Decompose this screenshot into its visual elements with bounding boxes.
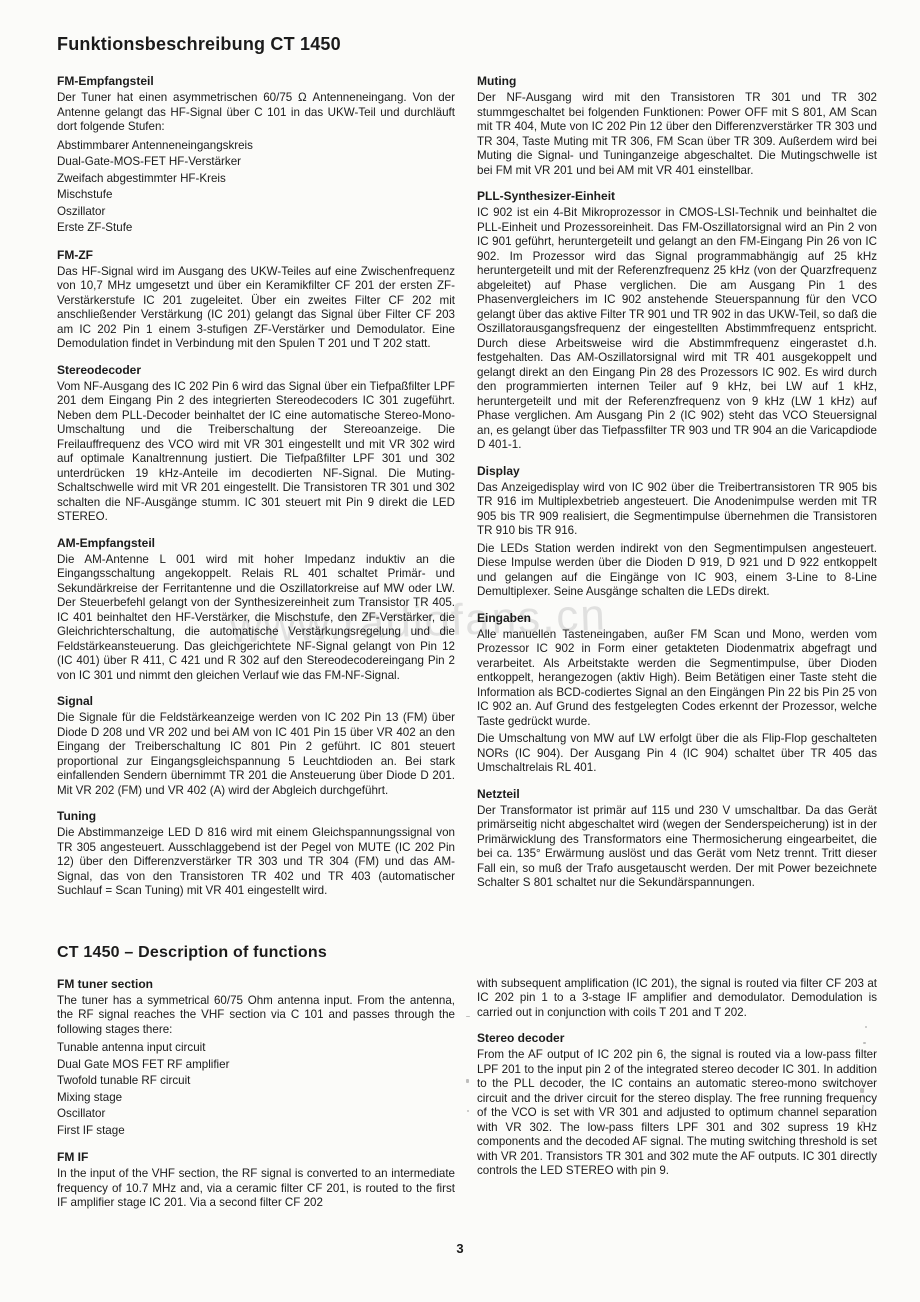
list-item: Oscillator xyxy=(57,1106,455,1123)
section-stereo-decoder: Stereo decoder From the AF output of IC … xyxy=(477,1031,877,1179)
section-heading: Signal xyxy=(57,694,455,708)
section-heading: Stereodecoder xyxy=(57,363,455,377)
document-page: Funktionsbeschreibung CT 1450 FM-Empfang… xyxy=(0,0,920,1214)
section-fm-empfangsteil: FM-Empfangsteil Der Tuner hat einen asym… xyxy=(57,74,455,237)
german-left-column: FM-Empfangsteil Der Tuner hat einen asym… xyxy=(57,74,455,902)
paragraph: Die LEDs Station werden indirekt von den… xyxy=(477,542,877,600)
section-signal: Signal Die Signale für die Feldstärkeanz… xyxy=(57,694,455,798)
paragraph: Die Abstimmanzeige LED D 816 wird mit ei… xyxy=(57,826,455,899)
paragraph: Das Anzeigedisplay wird von IC 902 über … xyxy=(477,481,877,539)
list-item: Mischstufe xyxy=(57,187,455,204)
section-heading: Netzteil xyxy=(477,787,877,801)
section-heading: FM tuner section xyxy=(57,977,455,991)
section-eingaben: Eingaben Alle manuellen Tasteneingaben, … xyxy=(477,611,877,776)
german-columns: FM-Empfangsteil Der Tuner hat einen asym… xyxy=(57,74,877,902)
section-heading: Muting xyxy=(477,74,877,88)
scan-speck xyxy=(467,1110,469,1112)
section-fm-zf: FM-ZF Das HF-Signal wird im Ausgang des … xyxy=(57,248,455,352)
section-heading: FM-Empfangsteil xyxy=(57,74,455,88)
section-heading: Display xyxy=(477,464,877,478)
section-fm-if-continuation: with subsequent amplification (IC 201), … xyxy=(477,977,877,1021)
section-muting: Muting Der NF-Ausgang wird mit den Trans… xyxy=(477,74,877,178)
section-heading: Eingaben xyxy=(477,611,877,625)
scan-speck xyxy=(865,1026,867,1028)
german-right-column: Muting Der NF-Ausgang wird mit den Trans… xyxy=(477,74,877,894)
english-right-column: with subsequent amplification (IC 201), … xyxy=(477,977,877,1182)
paragraph: Das HF-Signal wird im Ausgang des UKW-Te… xyxy=(57,265,455,352)
section-am-empfangsteil: AM-Empfangsteil Die AM-Antenne L 001 wir… xyxy=(57,536,455,684)
section-heading: FM IF xyxy=(57,1150,455,1164)
paragraph: with subsequent amplification (IC 201), … xyxy=(477,977,877,1021)
section-display: Display Das Anzeigedisplay wird von IC 9… xyxy=(477,464,877,600)
paragraph: Die Umschaltung von MW auf LW erfolgt üb… xyxy=(477,732,877,776)
section-heading: Tuning xyxy=(57,809,455,823)
paragraph: Der Tuner hat einen asymmetrischen 60/75… xyxy=(57,91,455,135)
list-item: Erste ZF-Stufe xyxy=(57,220,455,237)
english-left-column: FM tuner section The tuner has a symmetr… xyxy=(57,977,455,1214)
scan-speck xyxy=(466,1079,469,1083)
list-item: Dual Gate MOS FET RF amplifier xyxy=(57,1057,455,1074)
paragraph: In the input of the VHF section, the RF … xyxy=(57,1167,455,1211)
paragraph: Die AM-Antenne L 001 wird mit hoher Impe… xyxy=(57,553,455,684)
list-item: Abstimmbarer Antenneneingangskreis xyxy=(57,138,455,155)
paragraph: The tuner has a symmetrical 60/75 Ohm an… xyxy=(57,994,455,1038)
scan-speck xyxy=(862,1105,864,1107)
paragraph: Der Transformator ist primär auf 115 und… xyxy=(477,804,877,891)
paragraph: Die Signale für die Feldstärkeanzeige we… xyxy=(57,711,455,798)
paragraph: Vom NF-Ausgang des IC 202 Pin 6 wird das… xyxy=(57,380,455,525)
english-title: CT 1450 – Description of functions xyxy=(57,944,877,962)
paragraph: Alle manuellen Tasteneingaben, außer FM … xyxy=(477,628,877,730)
section-heading: FM-ZF xyxy=(57,248,455,262)
list-item: Twofold tunable RF circuit xyxy=(57,1073,455,1090)
scan-speck xyxy=(466,1016,470,1017)
list-item: Zweifach abgestimmter HF-Kreis xyxy=(57,171,455,188)
section-pll-synthesizer: PLL-Synthesizer-Einheit IC 902 ist ein 4… xyxy=(477,189,877,453)
stage-list: Tunable antenna input circuit Dual Gate … xyxy=(57,1040,455,1139)
section-tuning: Tuning Die Abstimmanzeige LED D 816 wird… xyxy=(57,809,455,899)
section-heading: AM-Empfangsteil xyxy=(57,536,455,550)
section-fm-if: FM IF In the input of the VHF section, t… xyxy=(57,1150,455,1211)
section-fm-tuner: FM tuner section The tuner has a symmetr… xyxy=(57,977,455,1140)
paragraph: IC 902 ist ein 4-Bit Mikroprozessor in C… xyxy=(477,206,877,453)
english-columns: FM tuner section The tuner has a symmetr… xyxy=(57,977,877,1214)
section-netzteil: Netzteil Der Transformator ist primär au… xyxy=(477,787,877,891)
paragraph: Der NF-Ausgang wird mit den Transistoren… xyxy=(477,91,877,178)
list-item: Tunable antenna input circuit xyxy=(57,1040,455,1057)
german-title: Funktionsbeschreibung CT 1450 xyxy=(57,34,877,55)
section-heading: PLL-Synthesizer-Einheit xyxy=(477,189,877,203)
scan-speck xyxy=(860,1088,864,1093)
list-item: Oszillator xyxy=(57,204,455,221)
list-item: First IF stage xyxy=(57,1123,455,1140)
list-item: Dual-Gate-MOS-FET HF-Verstärker xyxy=(57,154,455,171)
paragraph: From the AF output of IC 202 pin 6, the … xyxy=(477,1048,877,1179)
page-number: 3 xyxy=(0,1241,920,1256)
section-heading: Stereo decoder xyxy=(477,1031,877,1045)
section-stereodecoder: Stereodecoder Vom NF-Ausgang des IC 202 … xyxy=(57,363,455,525)
list-item: Mixing stage xyxy=(57,1090,455,1107)
scan-speck xyxy=(861,1121,864,1123)
stage-list: Abstimmbarer Antenneneingangskreis Dual-… xyxy=(57,138,455,237)
scan-speck xyxy=(863,1042,866,1044)
